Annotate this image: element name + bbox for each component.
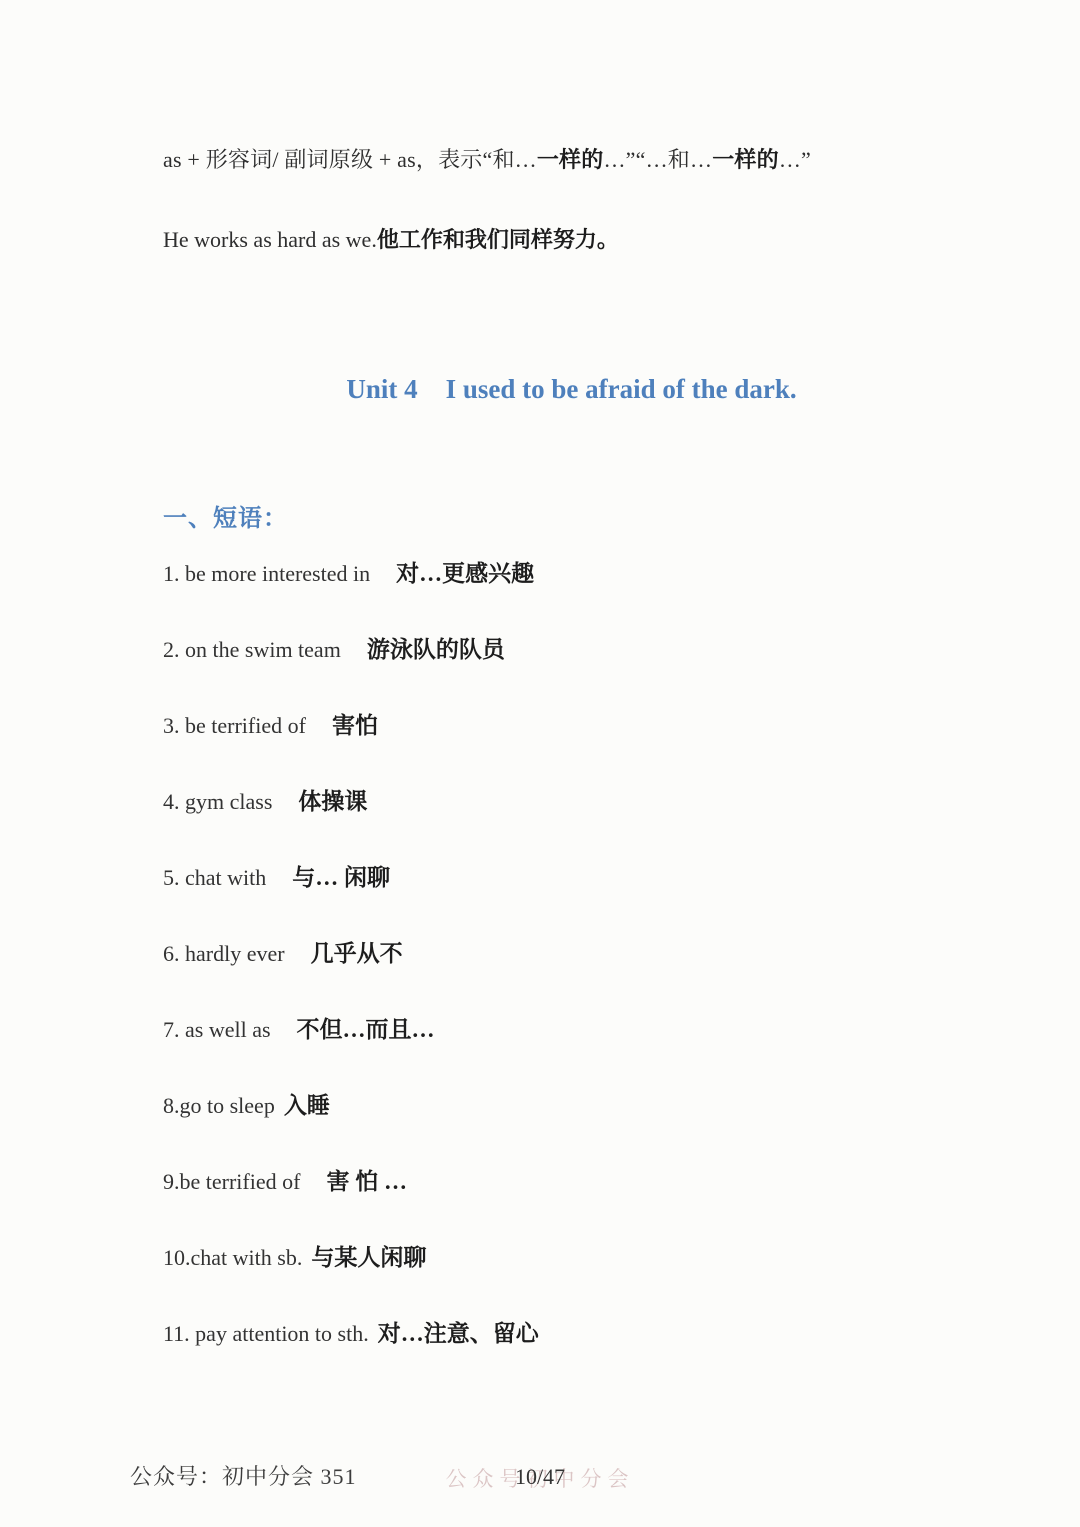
- phrase-chinese: 对…注意、留心: [378, 1321, 539, 1346]
- phrase-item: 4. gym class体操课: [163, 787, 980, 817]
- phrase-item: 7. as well as不但…而且…: [163, 1015, 980, 1045]
- phrase-english: 11. pay attention to sth.: [163, 1321, 369, 1346]
- phrase-english: 2. on the swim team: [163, 637, 341, 662]
- phrase-english: 8.go to sleep: [163, 1093, 275, 1118]
- phrase-item: 8.go to sleep入睡: [163, 1091, 980, 1121]
- phrase-item: 2. on the swim team游泳队的队员: [163, 635, 980, 665]
- example-chinese: 他工作和我们同样努力。: [377, 227, 619, 252]
- rule-text-part: as + 形容词/ 副词原级 + as，表示“和…: [163, 147, 537, 172]
- phrase-english: 1. be more interested in: [163, 561, 370, 586]
- phrase-item: 6. hardly ever几乎从不: [163, 939, 980, 969]
- rule-text-part: …”“…和…: [603, 147, 712, 172]
- phrase-english: 5. chat with: [163, 865, 266, 890]
- phrase-english: 3. be terrified of: [163, 713, 306, 738]
- phrase-item: 10.chat with sb.与某人闲聊: [163, 1243, 980, 1273]
- phrase-chinese: 对…更感兴趣: [396, 561, 534, 586]
- rule-text-part: …”: [779, 147, 811, 172]
- phrase-english: 7. as well as: [163, 1017, 271, 1042]
- unit-label: Unit 4: [346, 374, 417, 404]
- footer-center: 公众号初中分会 10/47: [0, 1462, 1080, 1492]
- phrase-chinese: 与… 闲聊: [292, 865, 390, 890]
- unit-title: I used to be afraid of the dark.: [446, 374, 797, 404]
- document-content: as + 形容词/ 副词原级 + as，表示“和…一样的…”“…和…一样的…” …: [0, 0, 1080, 1349]
- rule-text-bold: 一样的: [537, 147, 604, 172]
- document-page: as + 形容词/ 副词原级 + as，表示“和…一样的…”“…和…一样的…” …: [0, 0, 1080, 1527]
- phrase-chinese: 害 怕 …: [326, 1169, 407, 1194]
- phrase-chinese: 入睡: [284, 1093, 330, 1118]
- phrase-item: 3. be terrified of害怕: [163, 711, 980, 741]
- phrase-item: 11. pay attention to sth.对…注意、留心: [163, 1319, 980, 1349]
- phrase-list: 1. be more interested in对…更感兴趣 2. on the…: [163, 535, 980, 1349]
- phrase-chinese: 几乎从不: [311, 941, 403, 966]
- phrase-item: 1. be more interested in对…更感兴趣: [163, 559, 980, 589]
- phrase-chinese: 与某人闲聊: [311, 1245, 426, 1270]
- phrase-english: 9.be terrified of: [163, 1169, 300, 1194]
- phrase-item: 9.be terrified of害 怕 …: [163, 1167, 980, 1197]
- phrase-chinese: 体操课: [298, 789, 367, 814]
- phrase-chinese: 害怕: [332, 713, 378, 738]
- phrase-english: 4. gym class: [163, 789, 272, 814]
- unit-heading: Unit 4I used to be afraid of the dark.: [163, 371, 980, 407]
- example-sentence: He works as hard as we.他工作和我们同样努力。: [163, 225, 980, 255]
- phrase-chinese: 不但…而且…: [297, 1017, 435, 1042]
- page-number: 10/47: [515, 1464, 565, 1489]
- phrase-english: 6. hardly ever: [163, 941, 285, 966]
- example-english: He works as hard as we.: [163, 227, 377, 252]
- rule-text-bold: 一样的: [712, 147, 779, 172]
- phrase-item: 5. chat with与… 闲聊: [163, 863, 980, 893]
- grammar-rule-line: as + 形容词/ 副词原级 + as，表示“和…一样的…”“…和…一样的…”: [163, 0, 980, 175]
- section-heading-phrases: 一、短语：: [163, 503, 980, 535]
- phrase-english: 10.chat with sb.: [163, 1245, 302, 1270]
- phrase-chinese: 游泳队的队员: [367, 637, 505, 662]
